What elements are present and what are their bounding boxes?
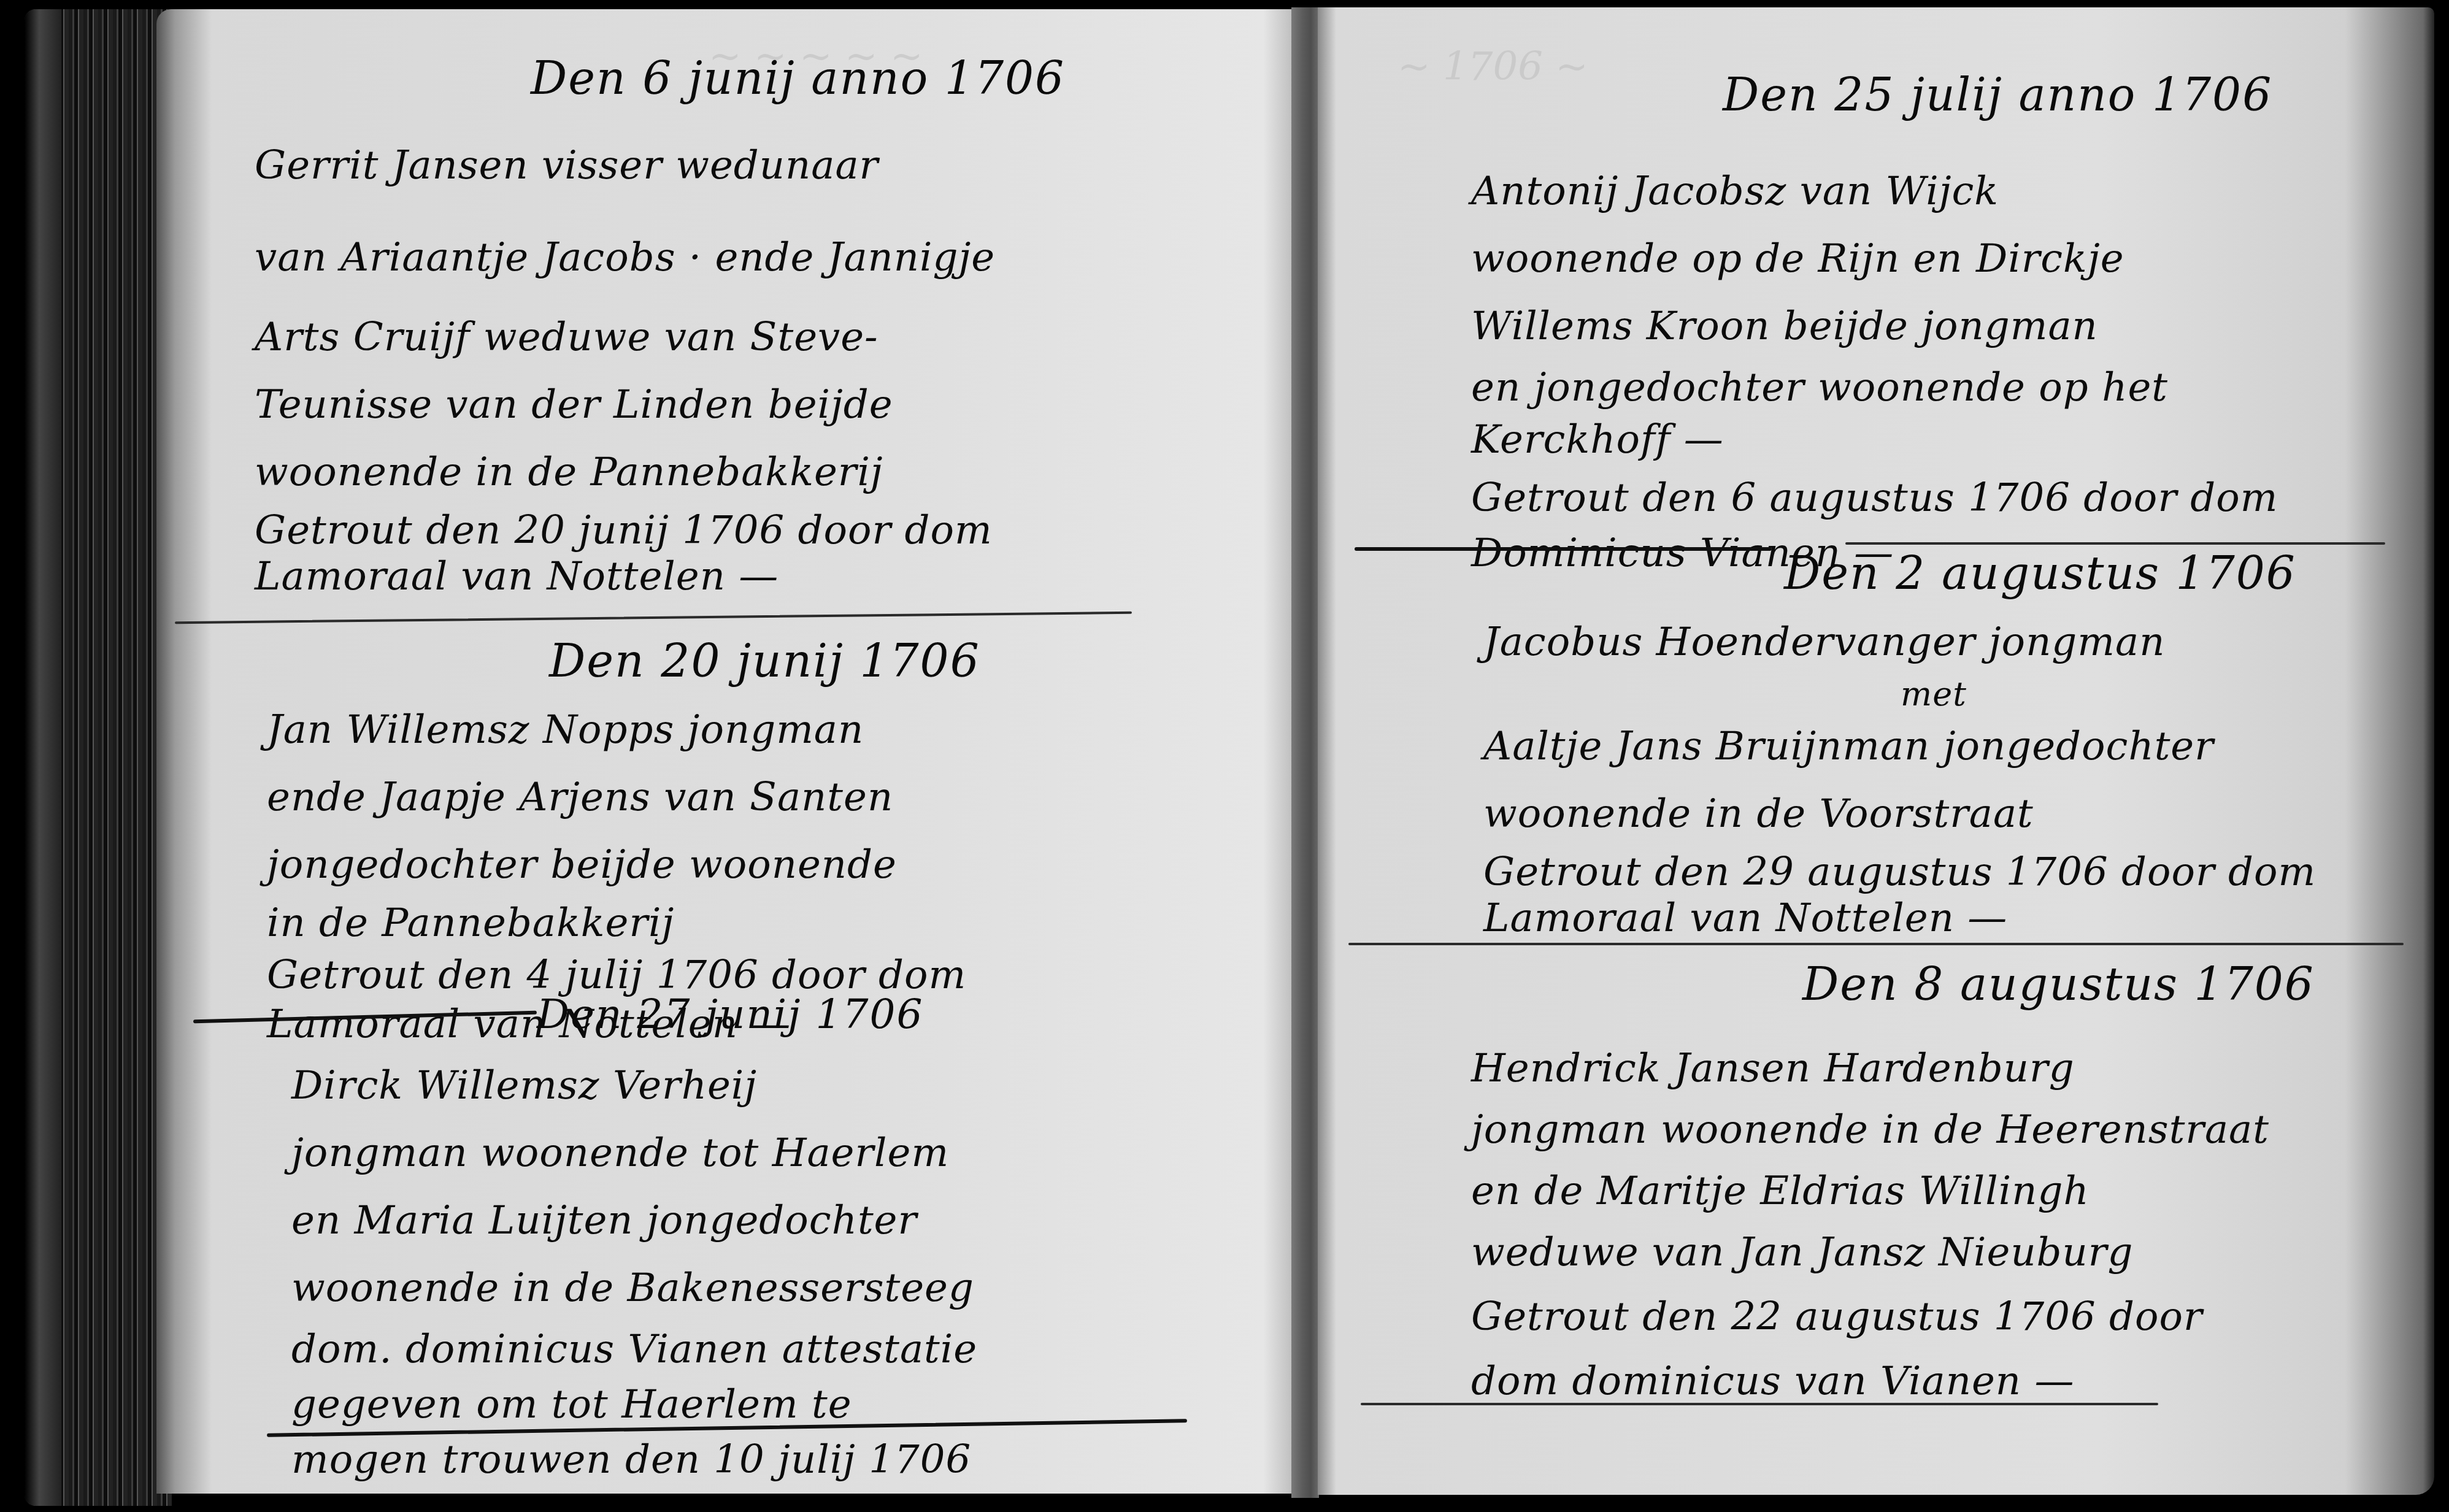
entry-line: Willems Kroon beijde jongman [1471, 293, 2278, 360]
entry-line: Getrout den 29 augustus 1706 door dom [1483, 848, 2316, 897]
entry-date-heading: Den 8 augustus 1706 [1802, 958, 2315, 1011]
marriage-entry: Antonij Jacobsz van Wijck woonende op de… [1471, 158, 2278, 575]
entry-line: woonende in de Bakenessersteeg [291, 1254, 977, 1322]
entry-divider [1348, 943, 2404, 945]
entry-line: Antonij Jacobsz van Wijck [1471, 158, 2278, 225]
entry-date-heading: Den 25 julij anno 1706 [1723, 69, 2272, 121]
entry-line: en jongedochter woonende op het [1471, 360, 2278, 415]
marriage-entry: Dirck Willemsz Verheij jongman woonende … [291, 1052, 977, 1487]
entry-line: Jan Willemsz Nopps jongman [267, 696, 966, 764]
entry-line: Gerrit Jansen visser wedunaar [255, 132, 995, 199]
entry-divider [1355, 547, 1772, 551]
entry-line: Jacobus Hoendervanger jongman [1483, 608, 2316, 676]
entry-line: weduwe van Jan Jansz Nieuburg [1471, 1222, 2269, 1283]
entry-line: jongman woonende in de Heerenstraat [1471, 1099, 2269, 1161]
left-page: ~ ~ ~ ~ ~ Den 6 junij anno 1706 Gerrit J… [156, 9, 1298, 1494]
page-end-rule [1361, 1403, 2158, 1405]
entry-date-heading: Den 6 junij anno 1706 [531, 52, 1065, 105]
entry-line: van Ariaantje Jacobs · ende Jannigje [255, 224, 995, 291]
entry-date-heading: Den 2 augustus 1706 [1784, 547, 2296, 600]
entry-divider [175, 612, 1132, 624]
entry-line-met: met [1483, 676, 2316, 713]
entry-line: woonende in de Pannebakkerij [255, 439, 995, 506]
entry-line: woonende in de Voorstraat [1483, 780, 2316, 848]
entry-line: Getrout den 6 augustus 1706 door dom [1471, 464, 2278, 532]
entry-line: ende Jaapje Arjens van Santen [267, 764, 966, 831]
marriage-entry: Gerrit Jansen visser wedunaar van Ariaan… [255, 132, 995, 598]
entry-date-heading: Den 20 junij 1706 [549, 635, 980, 688]
marriage-entry: Hendrick Jansen Hardenburg jongman woone… [1471, 1038, 2269, 1412]
entry-divider [1845, 542, 2385, 545]
entry-line: en de Maritje Eldrias Willingh [1471, 1161, 2269, 1222]
entry-date-heading: Den 27 junij 1706 [537, 991, 923, 1038]
marriage-entry: Jacobus Hoendervanger jongman met Aaltje… [1483, 608, 2316, 940]
book-gutter [1291, 7, 1319, 1498]
entry-line: mogen trouwen den 10 julij 1706 [291, 1432, 977, 1487]
entry-line: Dirck Willemsz Verheij [291, 1052, 977, 1119]
entry-line: Kerckhoff — [1471, 415, 2278, 464]
entry-line: woonende op de Rijn en Dirckje [1471, 225, 2278, 293]
entry-line: jongedochter beijde woonende [267, 831, 966, 899]
entry-line: Lamoraal van Nottelen — [1483, 897, 2316, 940]
entry-line: Getrout den 20 junij 1706 door dom [255, 506, 995, 555]
entry-line: in de Pannebakkerij [267, 899, 966, 948]
entry-line: jongman woonende tot Haerlem [291, 1119, 977, 1187]
entry-line: Hendrick Jansen Hardenburg [1471, 1038, 2269, 1099]
entry-line: en Maria Luijten jongedochter [291, 1187, 977, 1254]
bleed-through-text: ~ 1706 ~ [1398, 44, 1588, 90]
entry-line: dom. dominicus Vianen attestatie [291, 1322, 977, 1377]
entry-line: Getrout den 22 augustus 1706 door [1471, 1283, 2269, 1351]
entry-line: Teunisse van der Linden beijde [255, 371, 995, 439]
right-page: ~ 1706 ~ Den 25 julij anno 1706 Antonij … [1318, 7, 2434, 1495]
entry-line: Lamoraal van Nottelen — [255, 555, 995, 598]
book-page-edges [25, 9, 172, 1506]
entry-line: Arts Cruijf weduwe van Steve- [255, 304, 995, 371]
entry-line: Aaltje Jans Bruijnman jongedochter [1483, 713, 2316, 780]
